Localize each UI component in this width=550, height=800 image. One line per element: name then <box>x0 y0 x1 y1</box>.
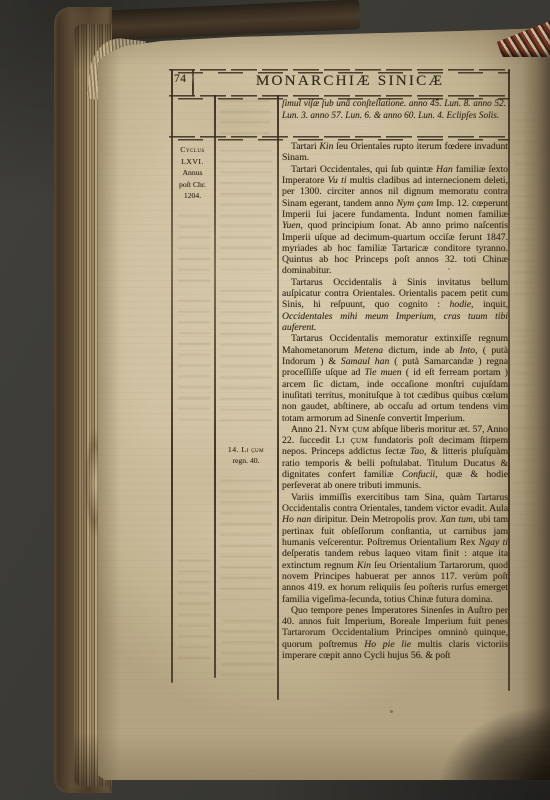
paragraph: Tartari Occidentales, qui ſub quintæ Han… <box>282 164 508 277</box>
bleed-through-text <box>220 480 272 600</box>
text-segment: ſimul viſæ ſub unâ conſtellatione. anno … <box>282 99 506 121</box>
text-segment: Ho pie lie <box>364 639 411 650</box>
text-segment: Confucii <box>402 469 435 480</box>
text-segment: Vu ti <box>328 175 347 186</box>
text-segment: Han <box>436 164 453 175</box>
text-segment: diripitur. Dein Metropolis prov. <box>311 514 440 525</box>
text-segment: Tartari Occidentales, qui ſub quintæ <box>291 164 436 175</box>
headband <box>497 21 550 57</box>
paragraph: Quo tempore penes Imperatores Sinenſes i… <box>282 605 508 662</box>
book-page: 74 MONARCHIÆ SINICÆ ſimul viſæ ſub unâ c… <box>98 28 550 780</box>
rule-margin-divider <box>214 95 216 678</box>
margin-note-line: Annus <box>173 167 212 179</box>
page-number: 74 <box>174 73 187 85</box>
bleed-through-text <box>514 120 540 300</box>
text-segment: Samaul han <box>341 356 390 367</box>
text-segment: Nym çam <box>396 198 433 209</box>
text-segment: Ngay ti <box>479 537 508 548</box>
text-segment: Li çum <box>336 435 369 446</box>
text-segment: Into <box>459 345 475 356</box>
main-text-column: Tartari Kin ſeu Orientales rupto iterum … <box>282 141 508 661</box>
text-segment: Metena <box>354 345 383 356</box>
margin-note-line: poſt Chr. <box>173 179 212 191</box>
bleed-through-text <box>514 330 540 530</box>
paper-speck <box>350 178 352 180</box>
margin-note-line: 1204. <box>173 190 212 202</box>
text-segment: , quod principium ſonat. Ab anno primo n… <box>282 220 508 276</box>
text-segment: Nym çum <box>330 424 370 435</box>
running-title: MONARCHIÆ SINICÆ <box>192 72 508 90</box>
text-segment: Ho nan <box>282 514 311 525</box>
bleed-through-text <box>220 290 272 430</box>
rule-text-divider <box>277 95 279 700</box>
rule-right-border <box>508 69 510 691</box>
bleed-through-text <box>178 300 210 420</box>
paper-speck <box>448 268 450 270</box>
margin-note-line: regn. 40. <box>217 456 275 467</box>
paragraph: Tartarus Occidentalis memoratur extinxiſ… <box>282 333 508 424</box>
text-segment: Xan tum <box>440 514 473 525</box>
text-segment: hodie <box>450 299 472 310</box>
gutter-shadow <box>520 28 550 780</box>
text-segment: Yuen <box>282 220 301 231</box>
margin-note-line: 14. Li çum <box>217 445 275 456</box>
margin-note-line: LXVI. <box>173 156 212 168</box>
paper-speck <box>390 710 393 713</box>
text-segment: Tie muen <box>365 367 402 378</box>
paragraph: Tartari Kin ſeu Orientales rupto iterum … <box>282 141 508 164</box>
intro-continuation-text: ſimul viſæ ſub unâ conſtellatione. anno … <box>282 99 506 123</box>
text-segment: Anno 21. <box>291 424 330 435</box>
text-segment: Tartari <box>291 141 319 152</box>
paragraph: Variis immiſſis exercitibus tam Sina, qu… <box>282 492 508 605</box>
bleed-through-text <box>222 620 274 680</box>
paragraph: Tartarus Occidentalis à Sinis invitatus … <box>282 277 508 334</box>
text-segment: dictum, inde ab <box>383 345 459 356</box>
margin-note-reign: 14. Li çumregn. 40. <box>217 445 275 466</box>
text-segment: Kin <box>357 560 371 571</box>
bleed-through-text <box>220 150 272 270</box>
bleed-through-text <box>178 215 210 285</box>
text-segment: Variis immiſſis exercitibus tam Sina, qu… <box>282 492 508 514</box>
bleed-through-text <box>220 100 270 134</box>
margin-note-cycle: CyclusLXVI.Annuspoſt Chr.1204. <box>173 144 212 202</box>
paragraph: Anno 21. Nym çum abſque liberis moritur … <box>282 424 508 492</box>
text-segment: Tao <box>410 446 424 457</box>
text-segment: , inquit, <box>471 299 508 310</box>
text-segment: Kin <box>319 141 333 152</box>
margin-note-line: Cyclus <box>173 144 212 156</box>
text-segment: Occidentales mihi meum Imperium, cras tu… <box>282 311 508 333</box>
bleed-through-text <box>178 560 210 660</box>
book-scan: 74 MONARCHIÆ SINICÆ ſimul viſæ ſub unâ c… <box>0 0 550 800</box>
